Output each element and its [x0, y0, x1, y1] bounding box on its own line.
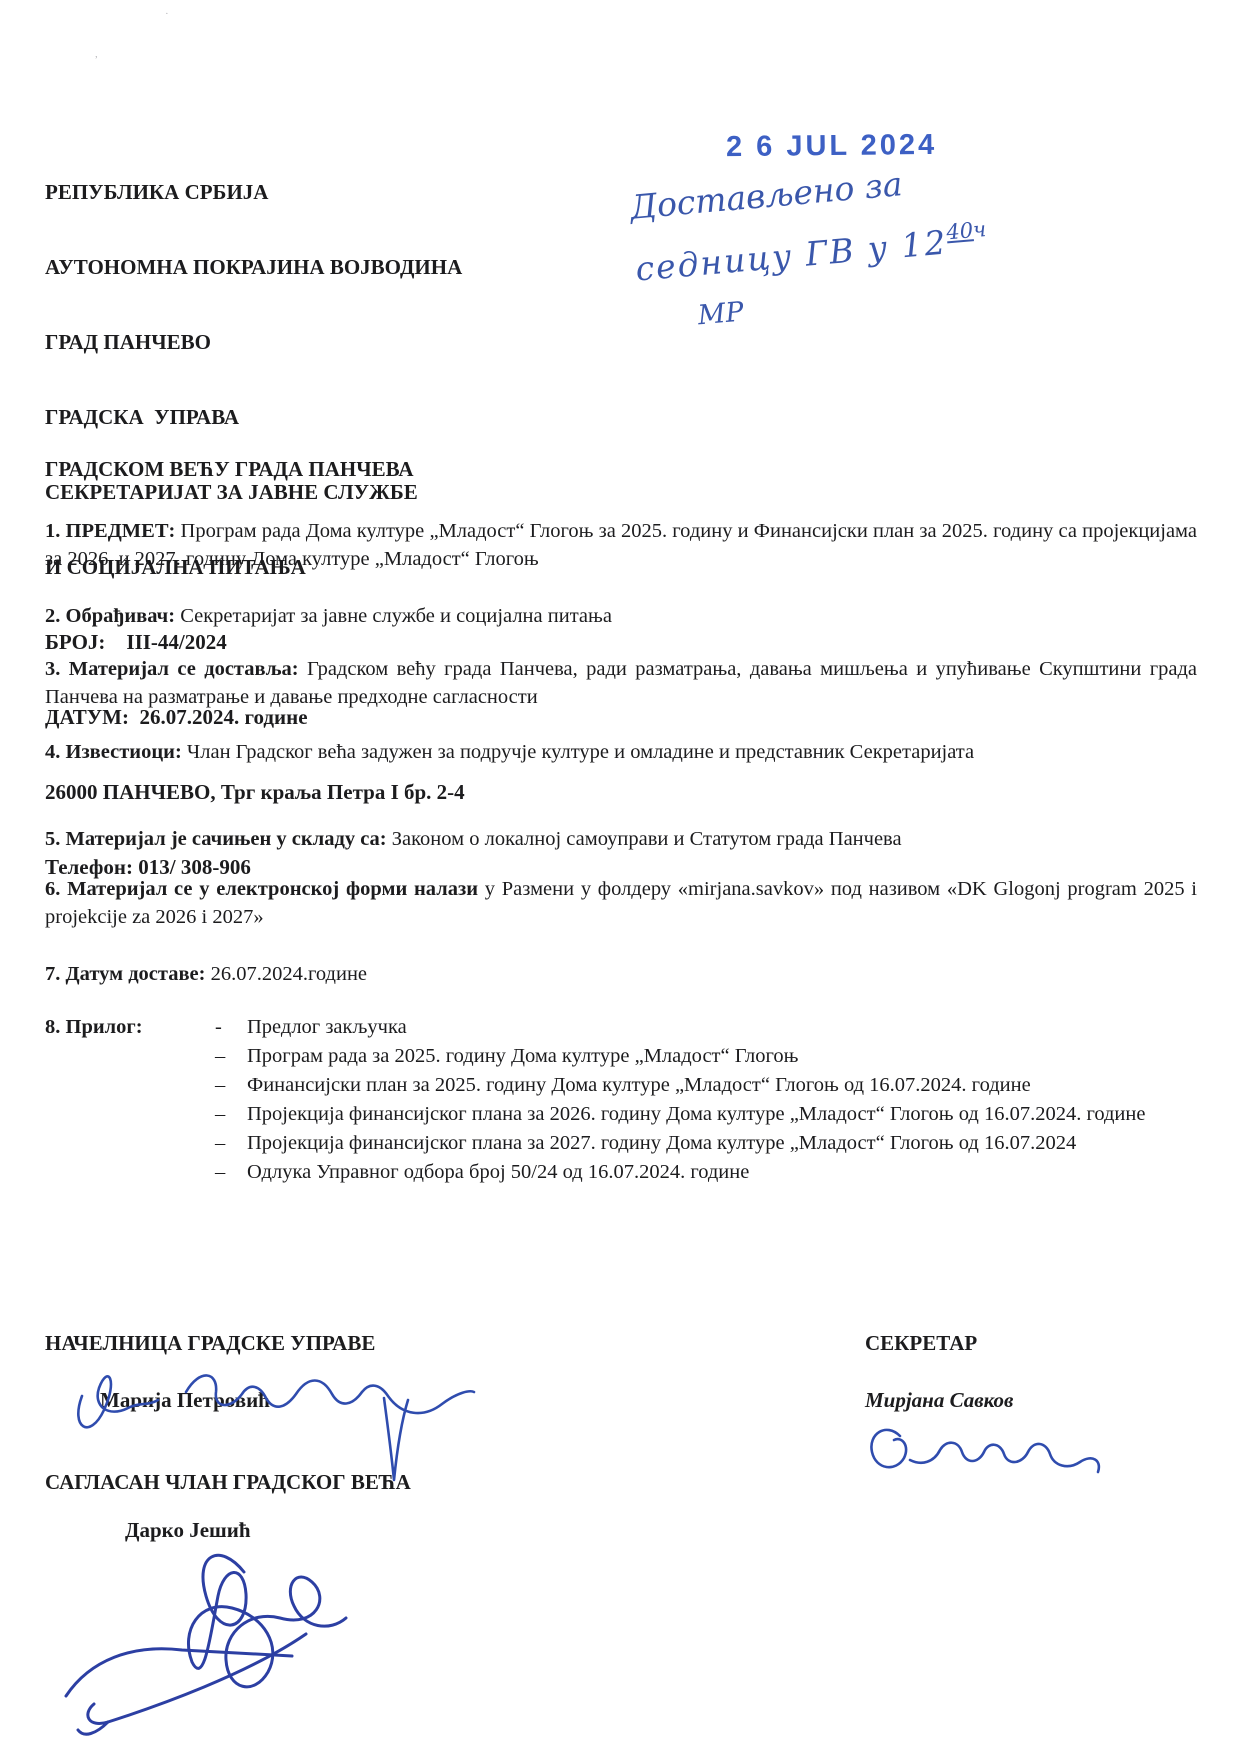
letterhead-line: РЕПУБЛИКА СРБИЈА — [45, 180, 465, 205]
signatory-name-chief: Марија Петровић — [100, 1388, 270, 1413]
attachment-item: –Финансијски план за 2025. годину Дома к… — [215, 1071, 1197, 1100]
signature-council-member — [48, 1538, 358, 1743]
section-delivered-to: 3. Материјал се доставља: Градском већу … — [45, 655, 1197, 711]
letterhead-line: СЕКРЕТАРИЈАТ ЗА ЈАВНЕ СЛУЖБЕ — [45, 480, 465, 505]
attachment-item: –Пројекција финансијског плана за 2027. … — [215, 1129, 1197, 1158]
scan-speck: · — [165, 8, 169, 20]
signatory-title-chief: НАЧЕЛНИЦА ГРАДСКЕ УПРАВЕ — [45, 1331, 375, 1356]
signatory-title-secretary: СЕКРЕТАР — [865, 1331, 977, 1356]
section-legal-basis: 5. Материјал је сачињен у складу са: Зак… — [45, 825, 1197, 853]
signature-secretary — [866, 1416, 1106, 1494]
handwritten-superscript: 40 — [945, 218, 974, 244]
section-attachments: 8. Прилог: -Предлог закључка –Програм ра… — [45, 1013, 1197, 1187]
section-electronic-form: 6. Материјал се у електронској форми нал… — [45, 875, 1197, 931]
section-delivery-date: 7. Датум доставе: 26.07.2024.године — [45, 960, 1197, 988]
signatory-name-secretary: Мирјана Савков — [865, 1388, 1013, 1413]
letterhead-line: 26000 ПАНЧЕВО, Трг краља Петра I бр. 2-4 — [45, 780, 465, 805]
letterhead-line: АУТОНОМНА ПОКРАЈИНА ВОЈВОДИНА — [45, 255, 465, 280]
letterhead-line: ГРАД ПАНЧЕВО — [45, 330, 465, 355]
document-page: РЕПУБЛИКА СРБИЈА АУТОНОМНА ПОКРАЈИНА ВОЈ… — [0, 0, 1235, 1762]
handwritten-note: Достављено за седницу ГВ у 1240ч МР — [628, 151, 994, 347]
attachment-item: –Пројекција финансијског плана за 2026. … — [215, 1100, 1197, 1129]
attachments-list: -Предлог закључка –Програм рада за 2025.… — [215, 1013, 1197, 1187]
letterhead-line: ГРАДСКА УПРАВА — [45, 405, 465, 430]
section-subject: 1. ПРЕДМЕТ: Програм рада Дома културе „М… — [45, 517, 1197, 573]
recipient-heading: ГРАДСКОМ ВЕЋУ ГРАДА ПАНЧЕВА — [45, 457, 414, 482]
scan-speck: , — [95, 48, 98, 60]
section-processor: 2. Обрађивач: Секретаријат за јавне служ… — [45, 602, 1197, 630]
signatory-title-council-member: САГЛАСАН ЧЛАН ГРАДСКОГ ВЕЋА — [45, 1470, 411, 1495]
section-rapporteurs: 4. Известиоци: Члан Градског већа задуже… — [45, 738, 1197, 766]
attachment-item: -Предлог закључка — [215, 1013, 1197, 1042]
letterhead-line: БРОЈ: III-44/2024 — [45, 630, 465, 655]
attachments-label: 8. Прилог: — [45, 1013, 215, 1187]
attachment-item: –Програм рада за 2025. годину Дома култу… — [215, 1042, 1197, 1071]
signatory-name-council-member: Дарко Јешић — [125, 1518, 251, 1543]
attachment-item: –Одлука Управног одбора број 50/24 од 16… — [215, 1158, 1197, 1187]
